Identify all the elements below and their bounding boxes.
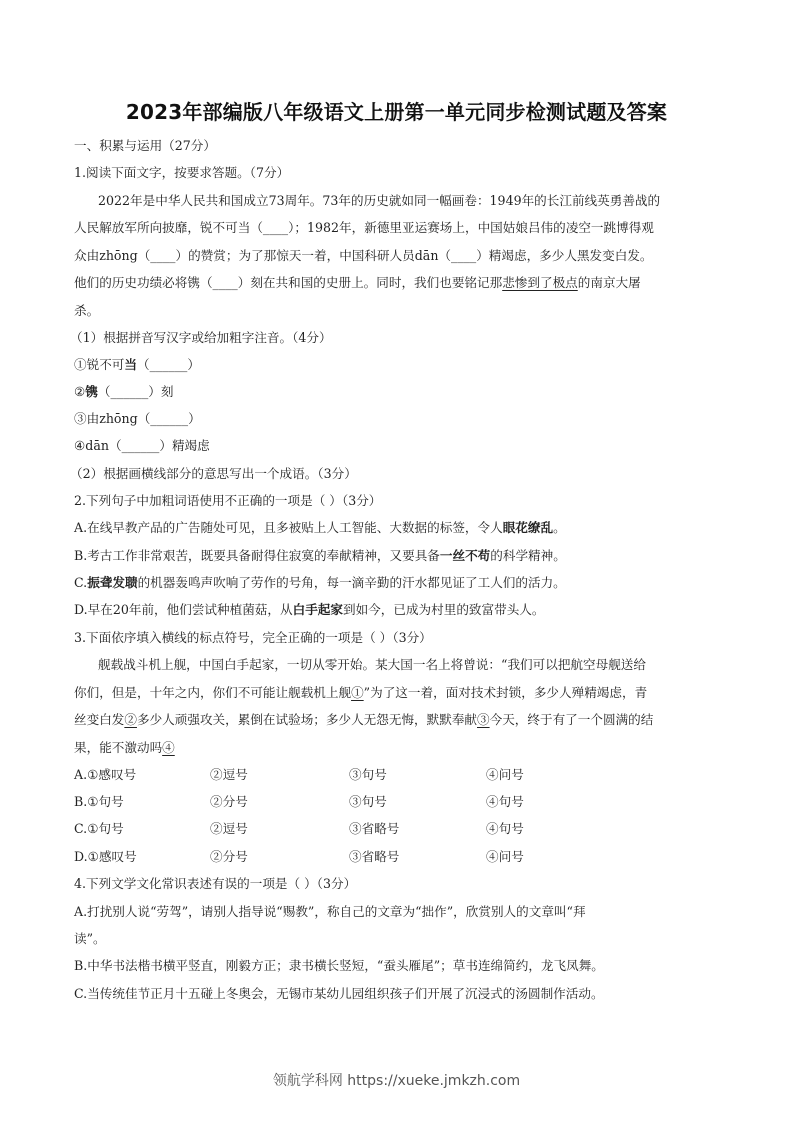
watermark-footer: 领航学科网 https://xueke.jmkzh.com bbox=[0, 1070, 793, 1090]
question-1-stem: 1.阅读下面文字，按要求答题。（7分） bbox=[74, 165, 289, 181]
question-2-stem: 2.下列句子中加粗词语使用不正确的一项是（ ）（3分） bbox=[74, 493, 381, 509]
choice-option[interactable]: B.中华书法楷书横平竖直，刚毅方正；隶书横长竖短，“蚕头雁尾”；草书连绵简约，龙… bbox=[74, 958, 604, 974]
document-page: 2023年部编版八年级语文上册第一单元同步检测试题及答案 一、积累与运用（27分… bbox=[0, 0, 793, 1122]
choice-option[interactable]: A.在线早教产品的广告随处可见，且多被贴上人工智能、大数据的标签，令人眼花缭乱。 bbox=[74, 520, 566, 536]
choice-option-continuation: 读”。 bbox=[74, 931, 106, 947]
passage-text: 他们的历史功绩必将镌（____）刻在共和国的史册上。同时，我们也要铭记那 bbox=[74, 275, 502, 290]
bold-char: 当 bbox=[124, 357, 137, 372]
option-cell: ④句号 bbox=[486, 794, 524, 810]
sub-question-2: （2）根据画横线部分的意思写出一个成语。（3分） bbox=[70, 466, 357, 482]
answer-blank[interactable]: （______） bbox=[137, 357, 200, 372]
option-text: 的科学精神。 bbox=[490, 548, 566, 563]
question-4-stem: 4.下列文学文化常识表述有误的一项是（ ）（3分） bbox=[74, 876, 356, 892]
item-text: ①锐不可 bbox=[74, 357, 124, 372]
underlined-phrase: 悲惨到了极点 bbox=[502, 275, 578, 290]
option-cell: ③省略号 bbox=[349, 849, 399, 865]
passage-line: 果，能不激动吗④ bbox=[74, 740, 175, 756]
blank-marker: ④ bbox=[162, 740, 175, 755]
option-text: B.考古工作非常艰苦，既要具备耐得住寂寞的奉献精神，又要具备 bbox=[74, 548, 440, 563]
fill-item: ②镌（______）刻 bbox=[74, 384, 173, 400]
blank-marker: ③ bbox=[477, 712, 490, 727]
option-cell: A.①感叹号 bbox=[74, 767, 136, 783]
item-text: ② bbox=[74, 384, 85, 399]
section-heading: 一、积累与运用（27分） bbox=[74, 138, 216, 154]
passage-text: 果，能不激动吗 bbox=[74, 740, 162, 755]
passage-line: 他们的历史功绩必将镌（____）刻在共和国的史册上。同时，我们也要铭记那悲惨到了… bbox=[74, 275, 641, 291]
bold-phrase: 白手起家 bbox=[293, 602, 343, 617]
option-cell: B.①句号 bbox=[74, 794, 124, 810]
option-cell: ②逗号 bbox=[210, 767, 248, 783]
choice-option[interactable]: B.考古工作非常艰苦，既要具备耐得住寂寞的奉献精神，又要具备一丝不苟的科学精神。 bbox=[74, 548, 566, 564]
option-cell: ③句号 bbox=[349, 767, 387, 783]
bold-char: 镌 bbox=[85, 384, 98, 399]
passage-line: 杀。 bbox=[74, 303, 99, 319]
passage-text: 多少人顽强攻关，累倒在试验场；多少人无怨无悔，默默奉献 bbox=[137, 712, 477, 727]
passage-line: 2022年是中华人民共和国成立73周年。73年的历史就如同一幅画卷：1949年的… bbox=[98, 193, 660, 209]
option-cell: ②逗号 bbox=[210, 821, 248, 837]
option-cell: D.①感叹号 bbox=[74, 849, 137, 865]
passage-text: 你们，但是，十年之内，你们不可能让舰载机上舰 bbox=[74, 685, 351, 700]
option-text: 。 bbox=[553, 520, 566, 535]
sub-question-1: （1）根据拼音写汉字或给加粗字注音。（4分） bbox=[70, 330, 332, 346]
bold-phrase: 一丝不苟 bbox=[440, 548, 490, 563]
option-cell: ④问号 bbox=[486, 767, 524, 783]
option-text: A.在线早教产品的广告随处可见，且多被贴上人工智能、大数据的标签，令人 bbox=[74, 520, 503, 535]
option-cell: ④问号 bbox=[486, 849, 524, 865]
option-text: 到如今，已成为村里的致富带头人。 bbox=[343, 602, 545, 617]
choice-option[interactable]: A.打扰别人说“劳驾”，请别人指导说“赐教”，称自己的文章为“拙作”，欣赏别人的… bbox=[74, 904, 586, 920]
answer-blank[interactable]: （______）刻 bbox=[98, 384, 174, 399]
question-3-stem: 3.下面依序填入横线的标点符号，完全正确的一项是（ ）（3分） bbox=[74, 630, 432, 646]
fill-item[interactable]: ④dān（______）精竭虑 bbox=[74, 438, 210, 454]
fill-item: ①锐不可当（______） bbox=[74, 357, 200, 373]
passage-line: 人民解放军所向披靡，锐不可当（____）；1982年，新德里亚运赛场上，中国姑娘… bbox=[74, 220, 654, 236]
option-text: 的机器轰鸣声吹响了劳作的号角，每一滴辛勤的汗水都见证了工人们的活力。 bbox=[138, 575, 566, 590]
blank-marker: ① bbox=[351, 685, 364, 700]
option-cell: ②分号 bbox=[210, 849, 248, 865]
fill-item[interactable]: ③由zhōng（______） bbox=[74, 411, 201, 427]
passage-line: 舰载战斗机上舰，中国白手起家，一切从零开始。某大国一名上将曾说：“我们可以把航空… bbox=[98, 657, 646, 673]
blank-marker: ② bbox=[124, 712, 137, 727]
page-title: 2023年部编版八年级语文上册第一单元同步检测试题及答案 bbox=[0, 96, 793, 125]
passage-text: 丝变白发 bbox=[74, 712, 124, 727]
option-cell: ②分号 bbox=[210, 794, 248, 810]
choice-option[interactable]: C.当传统佳节正月十五碰上冬奥会，无锡市某幼儿园组织孩子们开展了沉浸式的汤圆制作… bbox=[74, 986, 604, 1002]
bold-phrase: 眼花缭乱 bbox=[503, 520, 553, 535]
passage-line: 丝变白发②多少人顽强攻关，累倒在试验场；多少人无怨无悔，默默奉献③今天，终于有了… bbox=[74, 712, 653, 728]
passage-text: 今天，终于有了一个圆满的结 bbox=[490, 712, 654, 727]
option-text: D.早在20年前，他们尝试种植菌菇，从 bbox=[74, 602, 293, 617]
choice-option[interactable]: D.早在20年前，他们尝试种植菌菇，从白手起家到如今，已成为村里的致富带头人。 bbox=[74, 602, 544, 618]
option-cell: ③句号 bbox=[349, 794, 387, 810]
passage-line: 你们，但是，十年之内，你们不可能让舰载机上舰①”为了这一着，面对技术封锁，多少人… bbox=[74, 685, 647, 701]
passage-line: 众由zhōng（____）的赞赏；为了那惊天一着，中国科研人员dān（____）… bbox=[74, 248, 653, 264]
passage-text: 的南京大屠 bbox=[578, 275, 641, 290]
passage-text: ”为了这一着，面对技术封锁，多少人殚精竭虑，青 bbox=[364, 685, 648, 700]
choice-option[interactable]: C.振聋发聩的机器轰鸣声吹响了劳作的号角，每一滴辛勤的汗水都见证了工人们的活力。 bbox=[74, 575, 566, 591]
option-cell: ④句号 bbox=[486, 821, 524, 837]
option-cell: C.①句号 bbox=[74, 821, 124, 837]
option-cell: ③省略号 bbox=[349, 821, 399, 837]
bold-phrase: 振聋发聩 bbox=[87, 575, 137, 590]
option-text: C. bbox=[74, 575, 87, 590]
